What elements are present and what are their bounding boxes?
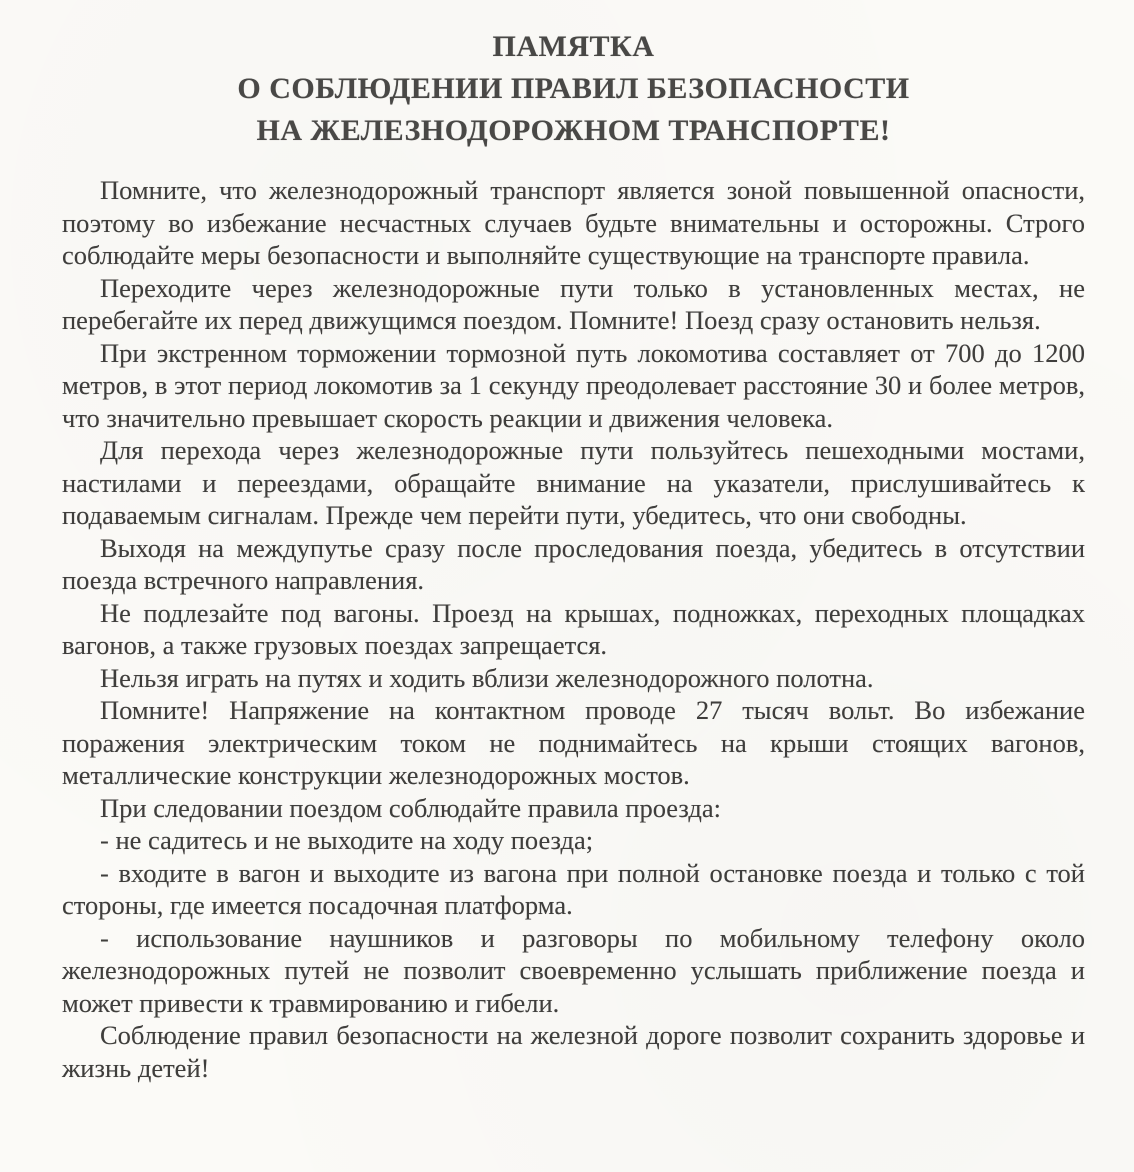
paragraph-no-playing: Нельзя играть на путях и ходить вблизи ж… bbox=[62, 662, 1085, 695]
title-line-2: О СОБЛЮДЕНИИ ПРАВИЛ БЕЗОПАСНОСТИ bbox=[62, 68, 1085, 110]
paragraph-general-warning: Помните, что железнодорожный транспорт я… bbox=[62, 174, 1085, 272]
paragraph-braking-distance: При экстренном торможении тормозной путь… bbox=[62, 337, 1085, 435]
paragraph-between-tracks: Выходя на междупутье сразу после прослед… bbox=[62, 532, 1085, 597]
paragraph-crossing-places: Переходите через железнодорожные пути то… bbox=[62, 272, 1085, 337]
paragraph-no-climbing-cars: Не подлезайте под вагоны. Проезд на крыш… bbox=[62, 597, 1085, 662]
paragraph-use-bridges: Для перехода через железнодорожные пути … bbox=[62, 434, 1085, 532]
paragraph-high-voltage: Помните! Напряжение на контактном провод… bbox=[62, 694, 1085, 792]
scanned-memo-page: ПАМЯТКА О СОБЛЮДЕНИИ ПРАВИЛ БЕЗОПАСНОСТИ… bbox=[0, 0, 1134, 1172]
title-line-1: ПАМЯТКА bbox=[62, 26, 1085, 68]
title-line-3: НА ЖЕЛЕЗНОДОРОЖНОМ ТРАНСПОРТЕ! bbox=[62, 110, 1085, 152]
paragraph-riding-rules-intro: При следовании поездом соблюдайте правил… bbox=[62, 792, 1085, 825]
paragraph-conclusion: Соблюдение правил безопасности на железн… bbox=[62, 1019, 1085, 1084]
document-title: ПАМЯТКА О СОБЛЮДЕНИИ ПРАВИЛ БЕЗОПАСНОСТИ… bbox=[62, 26, 1085, 152]
rule-item-headphones-phone: - использование наушников и разговоры по… bbox=[62, 922, 1085, 1020]
document-body: Помните, что железнодорожный транспорт я… bbox=[62, 174, 1085, 1084]
rule-item-full-stop-boarding: - входите в вагон и выходите из вагона п… bbox=[62, 857, 1085, 922]
rule-item-no-boarding-moving: - не садитесь и не выходите на ходу поез… bbox=[62, 824, 1085, 857]
